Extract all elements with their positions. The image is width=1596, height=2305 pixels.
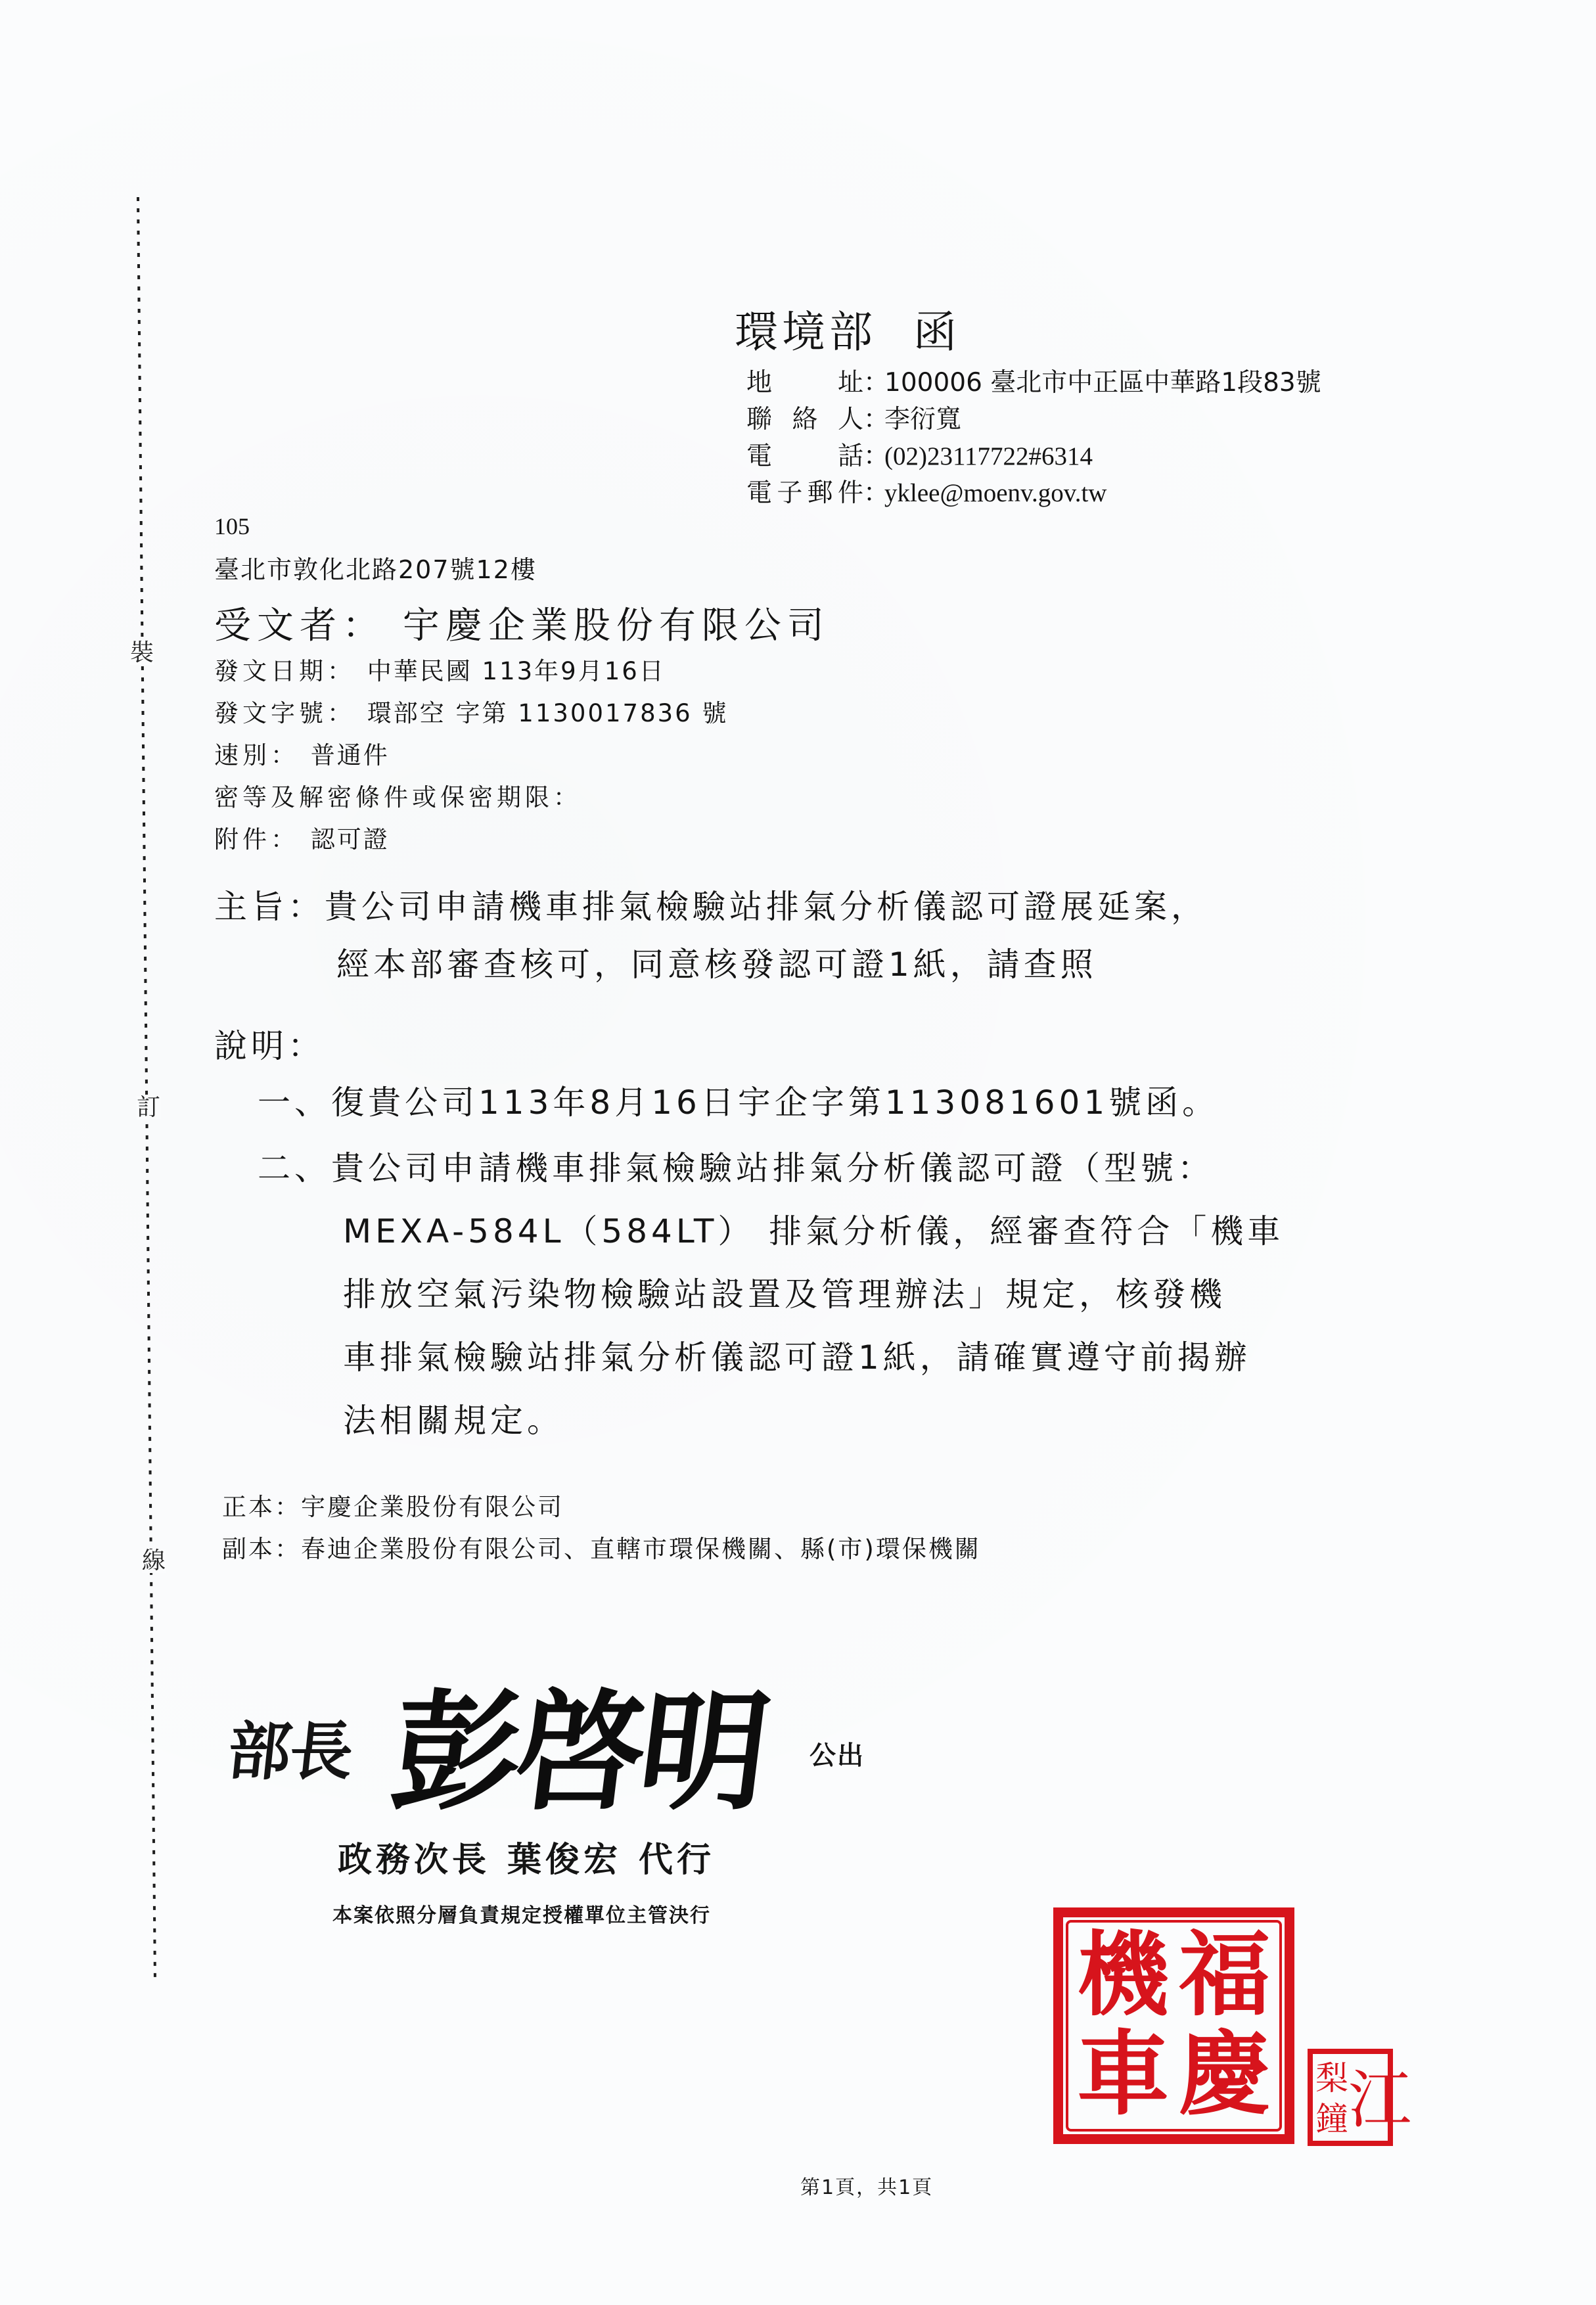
document-title: 環境部函 [735, 297, 961, 359]
contact-person-label: 聯絡人 [746, 401, 863, 438]
subject-label: 主旨： [214, 888, 325, 926]
meta-classification: 密等及解密條件或保密期限： [214, 777, 728, 819]
contact-email-label: 電子郵件 [746, 475, 863, 512]
binding-line [137, 197, 156, 1981]
page-number: 第1頁，共1頁 [800, 2171, 933, 2200]
original-label: 正本： [222, 1493, 301, 1521]
contact-phone: 電話 ： (02)23117722#6314 [746, 438, 1321, 475]
contact-block: 地址 ： 100006 臺北市中正區中華路1段83號 聯絡人 ： 李衍寬 電話 … [746, 365, 1321, 512]
recipient-line: 受文者： 宇慶企業股份有限公司 [214, 597, 830, 649]
deputy-action: 代行 [639, 1840, 715, 1880]
authorization-note: 本案依照分層負責規定授權單位主管決行 [332, 1899, 711, 1928]
contact-person: 聯絡人 ： 李衍寬 [746, 401, 1321, 438]
seal-char: 鐘 [1315, 2099, 1348, 2139]
explanation-item-1: 一、復貴公司113年8月16日宇企字第113081601號函。 [258, 1076, 1219, 1124]
seal-char: 機 [1072, 1927, 1174, 2026]
distribution-block: 正本：宇慶企業股份有限公司 副本：春迪企業股份有限公司、直轄市環保機關、縣(市)… [222, 1486, 981, 1570]
recipient-address: 臺北市敦化北路207號12樓 [214, 549, 537, 585]
meta-value: 環部空 字第 1130017836 號 [367, 699, 729, 727]
agency-name: 環境部 [735, 307, 877, 357]
subject-line-1: 主旨：貴公司申請機車排氣檢驗站排氣分析儀認可證展延案， [214, 880, 1208, 928]
deputy-name: 葉俊宏 [507, 1840, 622, 1880]
binding-mark-xian: 線 [142, 1549, 166, 1573]
explanation-item-2-line-3: 排放空氣污染物檢驗站設置及管理辦法」規定，核發機 [343, 1268, 1226, 1315]
official-letter-page: 裝 訂 線 環境部函 地址 ： 100006 臺北市中正區中華路1段83號 聯絡… [0, 0, 1596, 2305]
explanation-item-2-line-5: 法相關規定。 [343, 1394, 564, 1442]
copy-recipients: 春迪企業股份有限公司、直轄市環保機關、縣(市)環保機關 [301, 1535, 981, 1563]
explanation-item-2-line-2: MEXA-584L（584LT） 排氣分析儀，經審查符合「機車 [343, 1205, 1284, 1252]
meta-issue-date: 發文日期： 中華民國 113年9月16日 [214, 650, 728, 693]
recipient-label: 受文者： [214, 605, 385, 647]
recipient-postcode: 105 [214, 513, 250, 540]
signature-status: 公出 [809, 1735, 865, 1772]
meta-label: 發文字號： [214, 699, 355, 727]
contact-phone-value: (02)23117722#6314 [884, 438, 1093, 475]
distribution-copy: 副本：春迪企業股份有限公司、直轄市環保機關、縣(市)環保機關 [222, 1528, 981, 1570]
document-meta: 發文日期： 中華民國 113年9月16日 發文字號： 環部空 字第 113001… [214, 650, 728, 861]
dotted-binding-line-icon [137, 197, 156, 1981]
item-number: 二、 [258, 1149, 331, 1187]
meta-value: 認可證 [311, 825, 390, 854]
contact-phone-label: 電話 [746, 438, 863, 475]
signature-title: 部長 [224, 1702, 357, 1792]
meta-label: 附件： [214, 825, 299, 854]
contact-address-value: 100006 臺北市中正區中華路1段83號 [884, 365, 1321, 401]
binding-mark-zhuang: 裝 [130, 641, 154, 665]
meta-doc-number: 發文字號： 環部空 字第 1130017836 號 [214, 693, 728, 735]
seal-char: 江 [1348, 2058, 1411, 2139]
seal-char: 梨 [1315, 2058, 1348, 2099]
signature-name: 彭啓明 [383, 1649, 777, 1835]
meta-label: 發文日期： [214, 657, 355, 685]
agency-seal-stamp: 機 車 福 慶 [1053, 1907, 1294, 2144]
signature-deputy: 政務次長葉俊宏代行 [338, 1832, 715, 1881]
meta-label: 速別： [214, 741, 299, 769]
contact-email: 電子郵件 ： yklee@moenv.gov.tw [746, 475, 1321, 512]
recipient-name: 宇慶企業股份有限公司 [403, 605, 830, 647]
item-number: 一、 [258, 1084, 331, 1122]
contact-address-label: 地址 [746, 365, 863, 401]
document-type: 函 [913, 307, 961, 357]
subject-text: 貴公司申請機車排氣檢驗站排氣分析儀認可證展延案， [325, 888, 1208, 926]
seal-char: 車 [1072, 2026, 1174, 2125]
contact-person-value: 李衍寬 [884, 401, 961, 438]
seal-char: 慶 [1174, 2026, 1276, 2125]
original-recipients: 宇慶企業股份有限公司 [301, 1493, 564, 1521]
distribution-original: 正本：宇慶企業股份有限公司 [222, 1486, 981, 1528]
meta-label: 密等及解密條件或保密期限： [214, 783, 581, 811]
item-text: 貴公司申請機車排氣檢驗站排氣分析儀認可證（型號： [331, 1149, 1214, 1187]
seal-char: 福 [1174, 1927, 1276, 2026]
binding-mark-ding: 訂 [137, 1096, 160, 1120]
contact-email-value: yklee@moenv.gov.tw [884, 475, 1106, 512]
explanation-label: 說明： [214, 1020, 325, 1067]
copy-label: 副本： [222, 1535, 301, 1563]
subject-line-2: 經本部審查核可，同意核發認可證1紙，請查照 [336, 938, 1097, 986]
deputy-title: 政務次長 [338, 1840, 490, 1880]
meta-value: 普通件 [311, 741, 390, 769]
explanation-item-2-line-1: 二、貴公司申請機車排氣檢驗站排氣分析儀認可證（型號： [258, 1142, 1214, 1189]
explanation-item-2-line-4: 車排氣檢驗站排氣分析儀認可證1紙，請確實遵守前揭辦 [343, 1331, 1251, 1379]
item-text: 復貴公司113年8月16日宇企字第113081601號函。 [331, 1084, 1219, 1122]
meta-urgency: 速別： 普通件 [214, 735, 728, 777]
meta-value: 中華民國 113年9月16日 [367, 657, 666, 685]
personal-seal-stamp: 梨 鐘 江 [1308, 2049, 1393, 2146]
meta-attachment: 附件： 認可證 [214, 819, 728, 861]
contact-address: 地址 ： 100006 臺北市中正區中華路1段83號 [746, 365, 1321, 401]
